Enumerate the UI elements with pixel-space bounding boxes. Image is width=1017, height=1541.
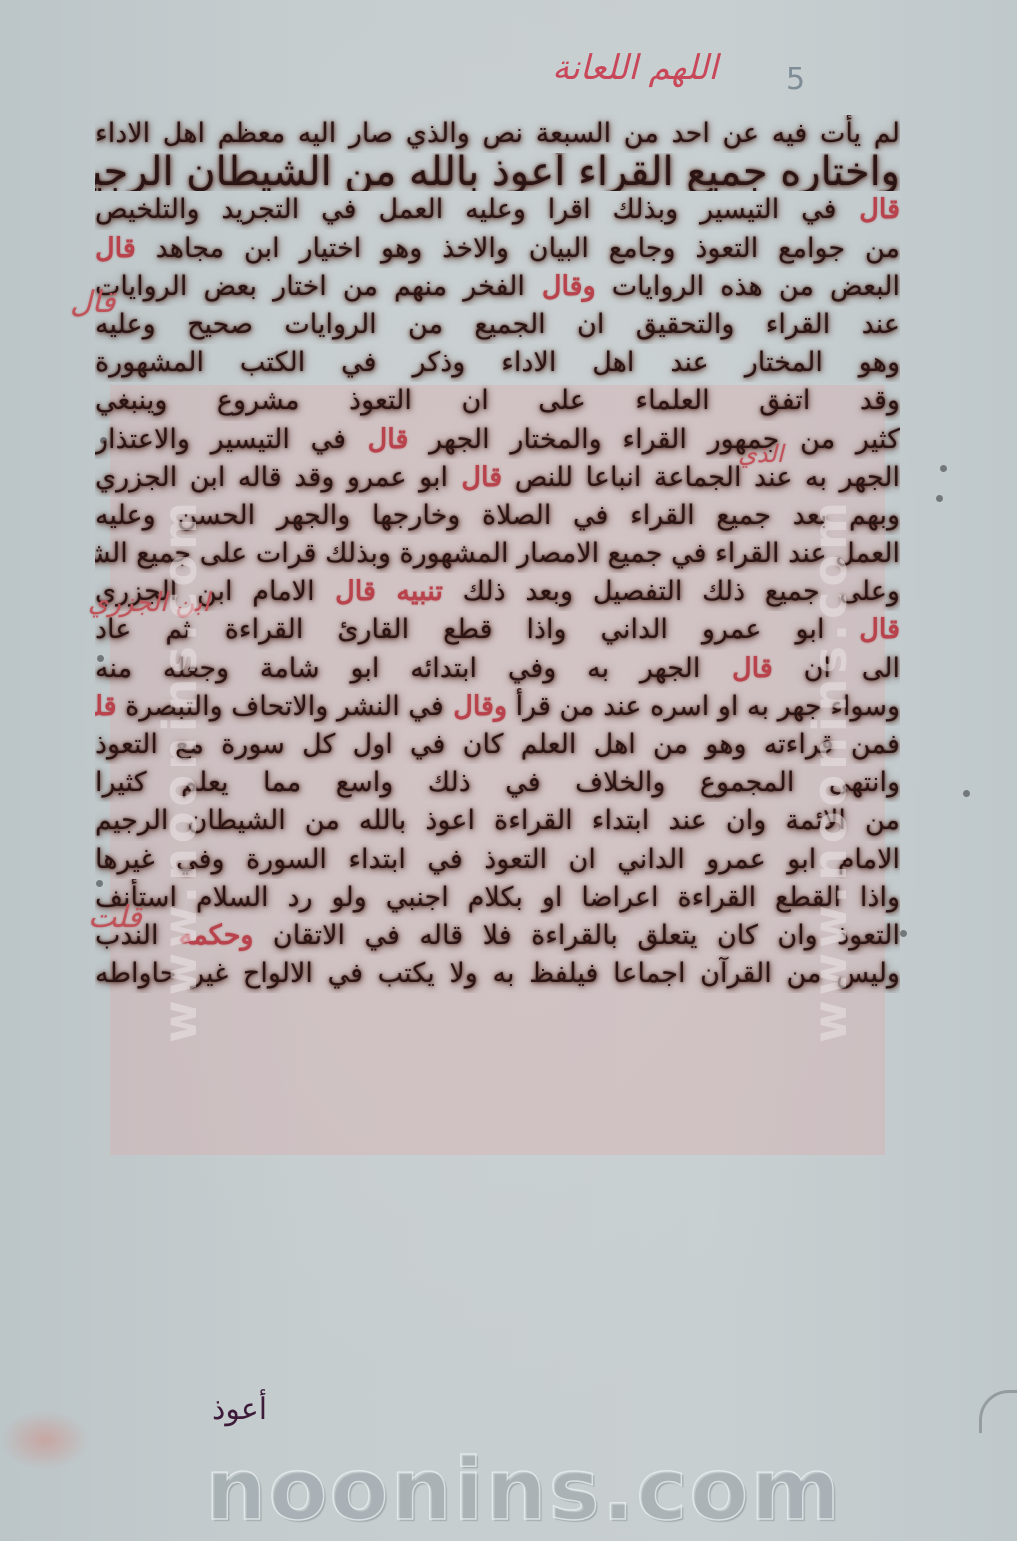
- word: ذلك: [443, 576, 506, 607]
- word: قرات: [247, 538, 316, 569]
- text-line: وانتهى المجموع والخلاف في ذلك واسع مما ي…: [95, 764, 900, 802]
- word: عند: [595, 691, 642, 722]
- word: اليه: [285, 118, 336, 149]
- word: في: [345, 920, 400, 951]
- word: او: [523, 882, 563, 913]
- binding-hole: [963, 790, 970, 797]
- word: البيان: [509, 233, 589, 264]
- word: التفصيل: [573, 576, 682, 607]
- word: بالقراءة: [512, 920, 618, 951]
- word: فلا: [463, 920, 511, 951]
- word: جميع: [599, 538, 662, 569]
- word: لم: [861, 118, 900, 149]
- word: من: [327, 271, 378, 302]
- word: الشيطان: [174, 153, 332, 191]
- word: في: [551, 500, 608, 531]
- word: ذلك: [393, 767, 470, 798]
- word: والمختار: [490, 424, 602, 455]
- word: مجاهد: [136, 233, 224, 264]
- word: يكتب: [363, 958, 435, 989]
- margin-note: قال: [70, 285, 115, 320]
- word: القارئ: [303, 614, 409, 645]
- rubric-word: قال: [837, 194, 900, 225]
- word: والجهر: [255, 500, 350, 531]
- text-line: وبهم بعد جميع القراء في الصلاة وخارجها و…: [95, 497, 900, 535]
- word: في: [313, 958, 363, 989]
- word: ابو: [320, 653, 380, 684]
- word: الفخر: [447, 271, 525, 302]
- text-line: واذا القطع القراءة اعراضا او بكلام اجنبي…: [95, 879, 900, 917]
- word: يأت: [807, 118, 861, 149]
- word: السورة: [225, 844, 327, 875]
- word: واذا: [493, 614, 567, 645]
- word: به: [738, 691, 769, 722]
- word: القراءة: [659, 882, 757, 913]
- word: عند: [649, 805, 707, 836]
- word: الروايات: [596, 271, 704, 302]
- word: والاخذ: [422, 233, 509, 264]
- word: اختيار: [280, 233, 362, 264]
- word: وفي: [477, 653, 556, 684]
- word: التجريد: [200, 194, 300, 225]
- word: اختار: [257, 271, 327, 302]
- word: من: [332, 153, 397, 191]
- text-line: فمن قراءته وهو من اهل العلم كان في اول ك…: [95, 726, 900, 764]
- text-line: التعوذ وان كان يتعلق بالقراءة فلا قاله ف…: [95, 917, 900, 955]
- word: عمرو: [668, 614, 762, 645]
- word: في: [290, 424, 346, 455]
- rubric-word: قلت: [95, 691, 117, 722]
- word: جميع: [695, 500, 771, 531]
- word: التيسير: [678, 194, 779, 225]
- word: الامصار: [508, 538, 599, 569]
- word: اجنبي: [367, 882, 449, 913]
- word: عند: [634, 347, 708, 378]
- text-line: لم يأت فيه عن احد من السبعة نص والذي صار…: [95, 115, 900, 153]
- rubric-word: قال: [448, 462, 502, 493]
- word: صحيح: [156, 309, 253, 340]
- word: الجهر: [408, 424, 489, 455]
- word: القراء: [602, 424, 687, 455]
- word: ولو: [313, 882, 367, 913]
- text-line: قال ابو عمرو الداني واذا قطع القارئ القر…: [95, 611, 900, 649]
- word: واسع: [301, 767, 393, 798]
- page-heading: اللهم اللعانة: [520, 48, 750, 88]
- word: مما: [229, 767, 302, 798]
- word: كل: [285, 729, 336, 760]
- word: والذي: [393, 118, 470, 149]
- manuscript-text-block: لم يأت فيه عن احد من السبعة نص والذي صار…: [95, 115, 900, 993]
- word: جوامع: [758, 233, 845, 264]
- word: احد: [659, 118, 710, 149]
- word: سورة: [204, 729, 285, 760]
- word: ان: [412, 385, 489, 416]
- word: القراء: [734, 309, 830, 340]
- binding-hole: [940, 465, 947, 472]
- text-line: وليس من القرآن اجماعا فيلفظ به ولا يكتب …: [95, 955, 900, 993]
- word: الجهر: [609, 653, 700, 684]
- word: السبعة: [523, 118, 611, 149]
- text-line: الامام ابو عمرو الداني ان التعوذ في ابتد…: [95, 841, 900, 879]
- word: ابن: [224, 233, 279, 264]
- word: او: [709, 691, 738, 722]
- word: العمل: [357, 194, 444, 225]
- word: انباعا: [573, 462, 641, 493]
- word: والاتحاف: [223, 691, 329, 722]
- word: التعوذ: [300, 385, 412, 416]
- word: اهل: [576, 729, 635, 760]
- word: قاله: [400, 920, 463, 951]
- word: من: [286, 805, 340, 836]
- word: المشهورة: [95, 347, 204, 378]
- word: الصلاة: [460, 500, 551, 531]
- word: في: [299, 194, 356, 225]
- word: القراء: [707, 538, 780, 569]
- text-line: من جوامع التعوذ وجامع البيان والاخذ وهو …: [95, 230, 900, 268]
- word: وقد: [282, 462, 335, 493]
- word: يتعلق: [618, 920, 698, 951]
- word: وهو: [823, 347, 900, 378]
- word: الداني: [567, 614, 668, 645]
- word: وعليه: [443, 194, 526, 225]
- word: وبذلك: [591, 194, 679, 225]
- catchword: أعوذ: [212, 1392, 267, 1427]
- text-line: وقد اتفق العلماء على ان التعوذ مشروع وين…: [95, 382, 900, 420]
- word: في: [305, 347, 376, 378]
- word: جميع: [674, 153, 768, 191]
- word: الداني: [596, 844, 685, 875]
- word: اعوذ: [406, 805, 475, 836]
- word: القراء: [565, 153, 673, 191]
- rubric-word: قال: [346, 424, 408, 455]
- word: منه: [95, 653, 132, 684]
- word: التعوذ: [676, 233, 759, 264]
- word: به: [478, 958, 515, 989]
- word: شامة: [229, 653, 320, 684]
- word: فيه: [759, 118, 807, 149]
- word: عمرو: [685, 844, 766, 875]
- word: من: [377, 309, 443, 340]
- rubric-word: قال: [700, 653, 772, 684]
- word: هذه: [704, 271, 763, 302]
- word: الكتب: [204, 347, 305, 378]
- margin-note: قلت: [88, 900, 142, 935]
- binding-hole: [900, 930, 907, 937]
- word: الشيوخ: [95, 538, 128, 569]
- side-watermark-right: www.noonins.com: [800, 390, 860, 1150]
- binding-hole: [936, 495, 943, 502]
- word: للنص: [502, 462, 573, 493]
- word: في: [663, 538, 707, 569]
- word: ابتداء: [573, 805, 650, 836]
- word: المجموع: [665, 767, 794, 798]
- word: وجامع: [589, 233, 676, 264]
- word: اجماعا: [598, 958, 685, 989]
- word: في: [471, 767, 541, 798]
- word: نص: [470, 118, 523, 149]
- word: ابتدائه: [379, 653, 477, 684]
- text-line: البعض من هذه الروايات وقال الفخر منهم من…: [95, 268, 900, 306]
- word: كان: [445, 729, 503, 760]
- word: والتلخيص: [95, 194, 200, 225]
- word: وهو: [688, 729, 746, 760]
- word: قطع: [409, 614, 492, 645]
- word: الرجيم: [95, 153, 174, 191]
- word: كان: [698, 920, 758, 951]
- word: عمرو: [334, 462, 406, 493]
- text-line: واختاره جميع القراء أعوذ بالله من الشيطا…: [95, 153, 900, 191]
- word: واختاره: [768, 153, 900, 191]
- word: العلماء: [586, 385, 710, 416]
- word: اول: [335, 729, 392, 760]
- word: التعوذ: [95, 729, 158, 760]
- word: المختار: [709, 347, 823, 378]
- word: النشر: [328, 691, 399, 722]
- word: عاد: [95, 614, 131, 645]
- word: الجماعة: [641, 462, 741, 493]
- word: ابتداء: [327, 844, 406, 875]
- word: القراءة: [475, 805, 573, 836]
- folio-number: 5: [786, 62, 805, 97]
- rubric-word: قال: [95, 233, 136, 264]
- word: الاداء: [465, 347, 556, 378]
- text-line: العمل عند القراء في جميع الامصار المشهور…: [95, 535, 900, 573]
- text-line: من الائمة وان عند ابتداء القراءة اعوذ با…: [95, 802, 900, 840]
- word: اتفق: [710, 385, 811, 416]
- rubric-word: تنبيه: [376, 576, 443, 607]
- word: اعراضا: [562, 882, 658, 913]
- text-line: قال في التيسير وبذلك اقرا وعليه العمل في…: [95, 191, 900, 229]
- word: قاله: [225, 462, 281, 493]
- word: الالواح: [228, 958, 313, 989]
- word: من: [845, 233, 900, 264]
- paper-stain: [0, 1410, 90, 1470]
- word: منهم: [378, 271, 447, 302]
- side-watermark-left: www.noonins.com: [150, 390, 210, 1150]
- word: وذكر: [377, 347, 466, 378]
- word: الامام: [233, 576, 315, 607]
- word: معظم: [205, 118, 285, 149]
- word: عن: [710, 118, 759, 149]
- rubric-word: وقال: [444, 691, 507, 722]
- word: اسره: [642, 691, 710, 722]
- word: من: [551, 691, 595, 722]
- word: وهو: [361, 233, 422, 264]
- word: والتحقيق: [604, 309, 734, 340]
- word: وان: [707, 805, 766, 836]
- word: الاتقان: [253, 920, 345, 951]
- word: المشهورة: [391, 538, 509, 569]
- rubric-word: قال: [315, 576, 376, 607]
- word: العلم: [504, 729, 577, 760]
- word: بكلام: [449, 882, 523, 913]
- word: أعوذ: [479, 153, 565, 191]
- word: ولا: [435, 958, 478, 989]
- word: وخارجها: [350, 500, 460, 531]
- word: قرأ: [507, 691, 551, 722]
- text-line: وعلى جميع ذلك التفصيل وبعد ذلك تنبيه قال…: [95, 573, 900, 611]
- word: كثيرا: [95, 767, 147, 798]
- word: وبذلك: [317, 538, 391, 569]
- word: الروايات: [253, 309, 377, 340]
- word: رد: [269, 882, 313, 913]
- word: اهل: [150, 118, 205, 149]
- word: غيرها: [95, 844, 155, 875]
- word: الجميع: [443, 309, 546, 340]
- word: الاداء: [95, 118, 150, 149]
- word: والخلاف: [541, 767, 666, 798]
- margin-note: الذي: [738, 440, 783, 468]
- word: اقرا: [526, 194, 591, 225]
- word: التعوذ: [463, 844, 547, 875]
- word: القراء: [608, 500, 694, 531]
- text-line: الى ان قال الجهر به وفي ابتدائه ابو شامة…: [95, 650, 900, 688]
- word: على: [489, 385, 586, 416]
- word: في: [400, 691, 444, 722]
- word: بالله: [396, 153, 479, 191]
- word: بعض: [187, 271, 257, 302]
- word: القرآن: [686, 958, 772, 989]
- text-line: عند القراء والتحقيق ان الجميع من الروايا…: [95, 306, 900, 344]
- word: البعض: [814, 271, 900, 302]
- rubric-word: وقال: [525, 271, 596, 302]
- text-line: وهو المختار عند اهل الاداء وذكر في الكتب…: [95, 344, 900, 382]
- word: به: [556, 653, 609, 684]
- word: اهل: [556, 347, 634, 378]
- bottom-watermark: noonins.com: [205, 1440, 815, 1540]
- word: وبعد: [506, 576, 573, 607]
- word: في: [406, 844, 463, 875]
- word: ذلك: [682, 576, 745, 607]
- word: وعليه: [95, 500, 156, 531]
- text-line: وسواء جهر به او اسره عند من قرأ وقال في …: [95, 688, 900, 726]
- word: في: [393, 729, 446, 760]
- word: من: [763, 271, 814, 302]
- word: من: [636, 729, 688, 760]
- word: ان: [547, 844, 596, 875]
- word: من: [611, 118, 659, 149]
- word: بالله: [340, 805, 406, 836]
- word: فيلفظ: [515, 958, 599, 989]
- word: ان: [546, 309, 605, 340]
- word: عند: [830, 309, 900, 340]
- word: صار: [336, 118, 393, 149]
- word: ابو: [407, 462, 449, 493]
- word: في: [779, 194, 836, 225]
